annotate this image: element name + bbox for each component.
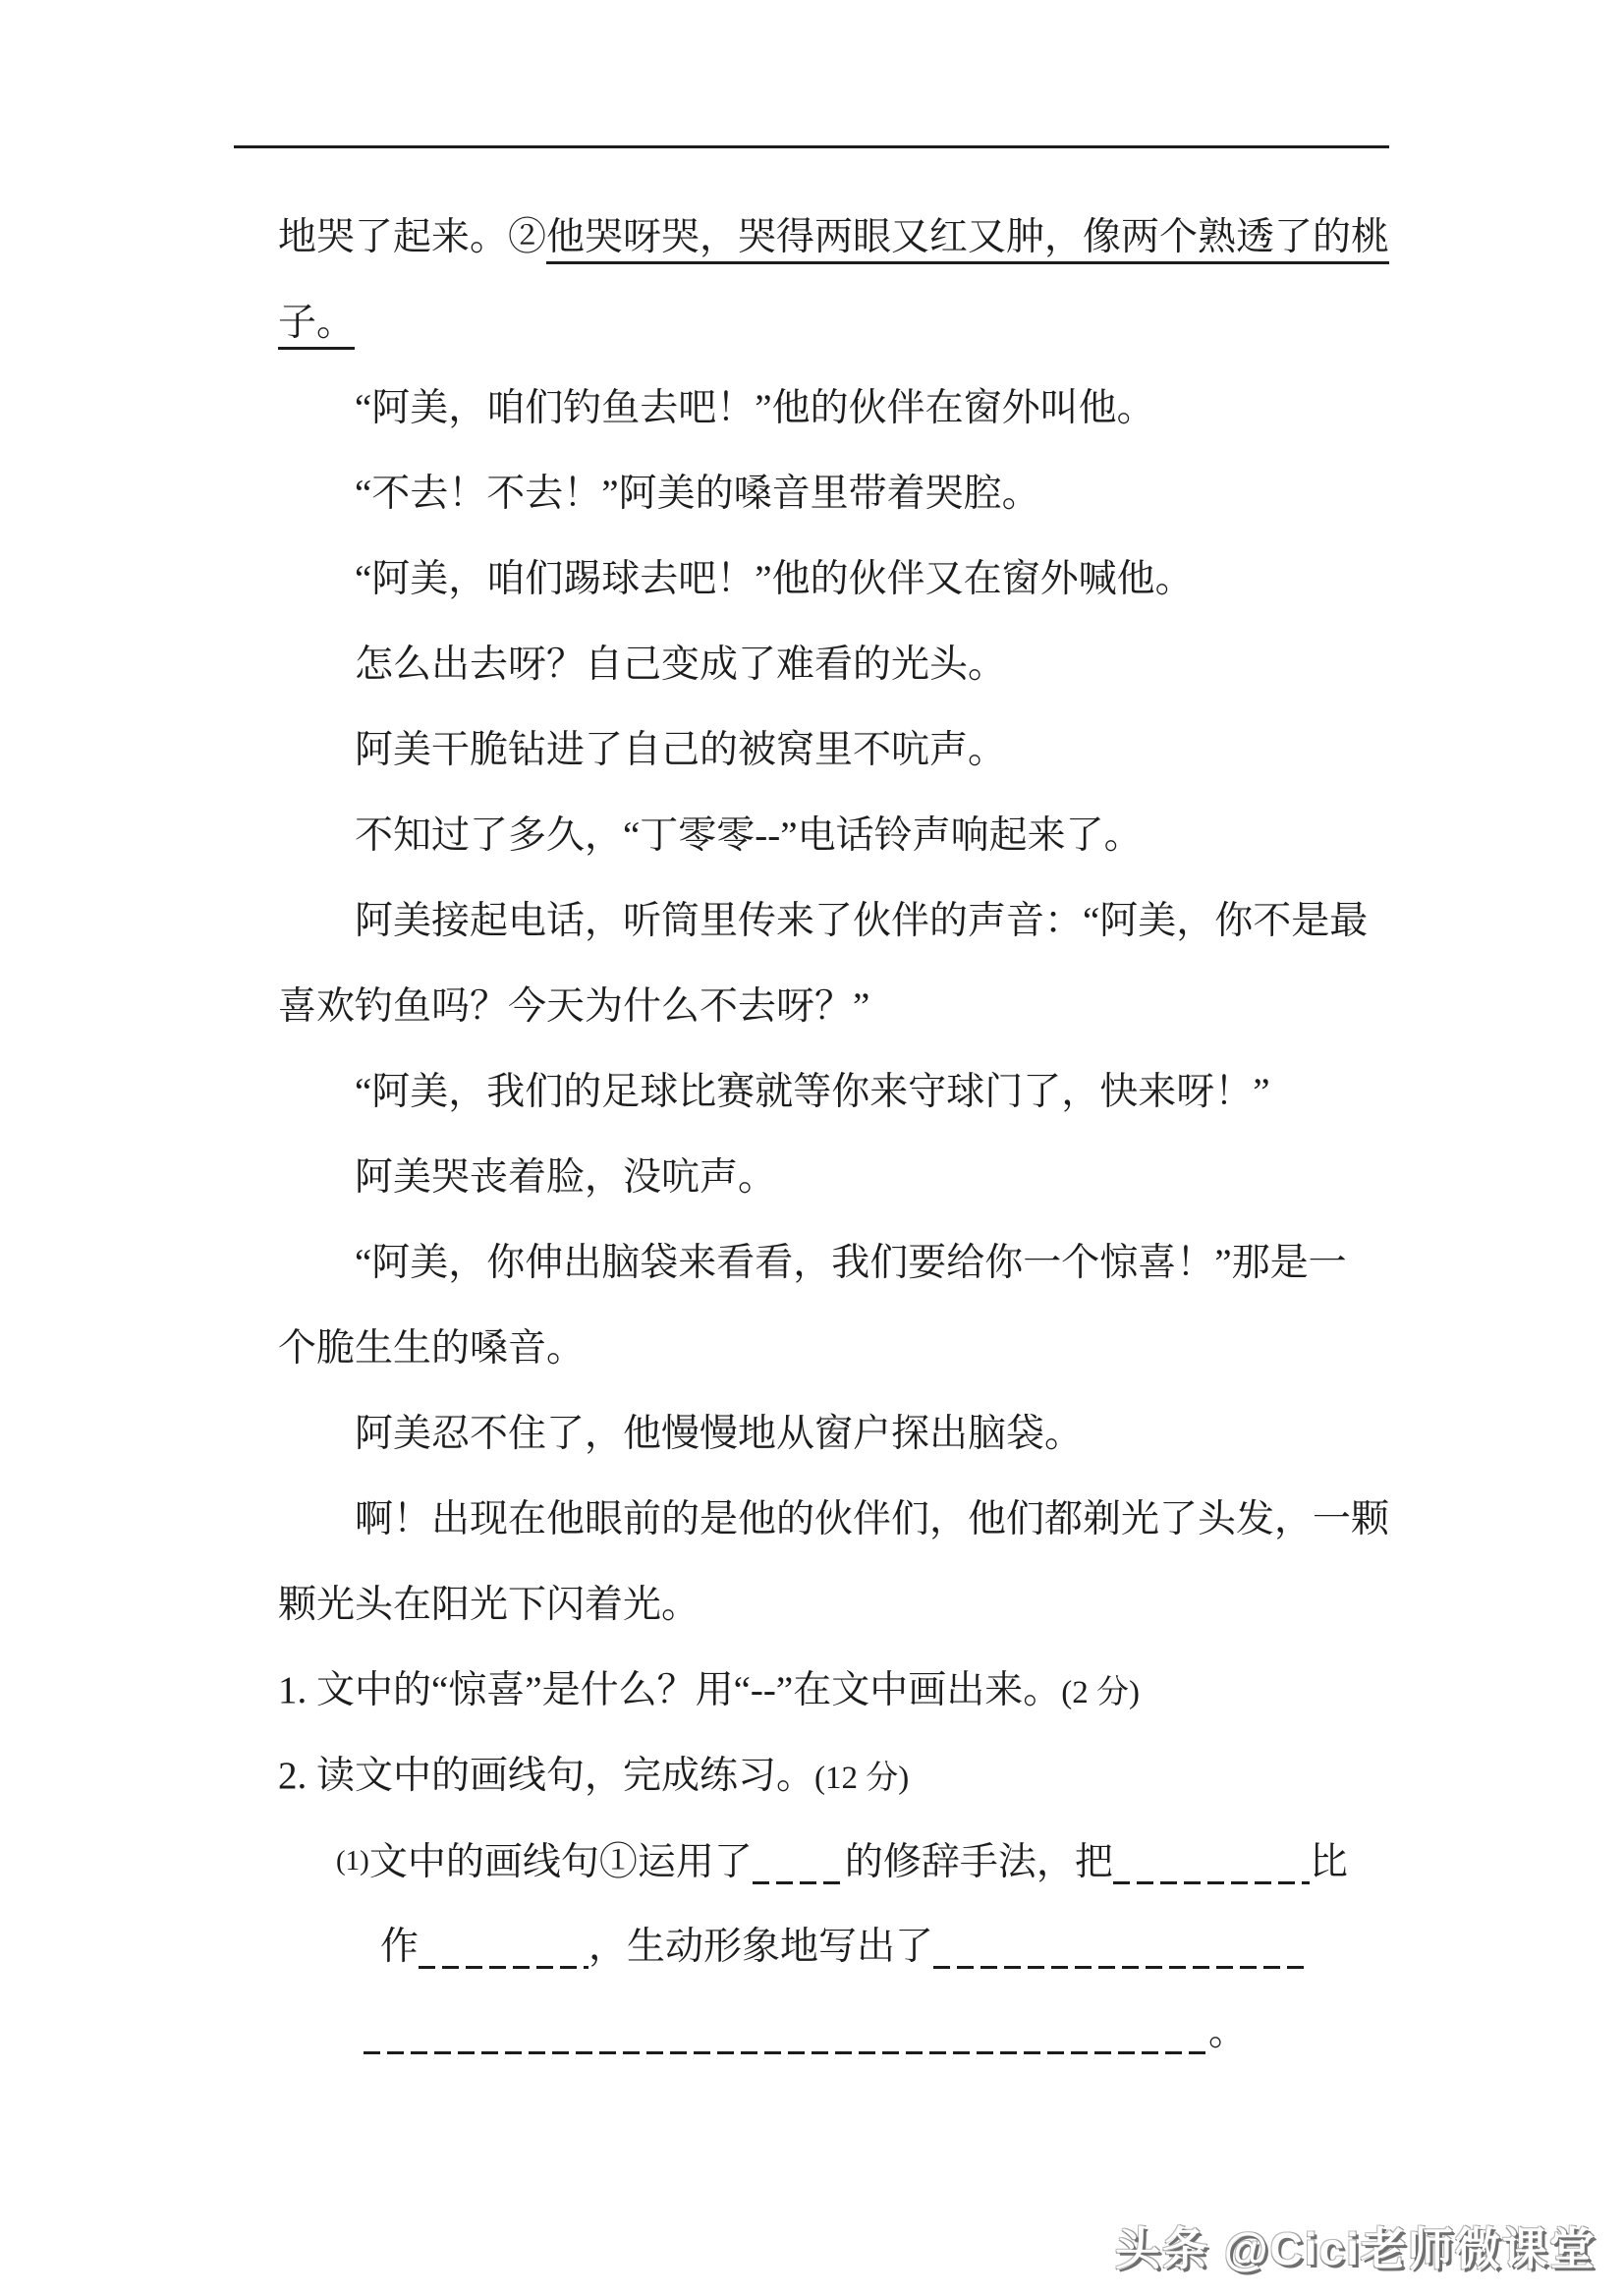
text-segment: “不去！不去！”阿美的嗓音里带着哭腔。 [355, 473, 1040, 515]
text-segment: 怎么出去呀？自己变成了难看的光头。 [355, 644, 1006, 686]
text-segment: “阿美，咱们钓鱼去吧！”他的伙伴在窗外叫他。 [355, 387, 1155, 429]
passage-line: “阿美，我们的足球比赛就等你来守球门了，快来呀！” [278, 1049, 1437, 1135]
header-rule [234, 145, 1389, 148]
blank-field [753, 1871, 845, 1884]
score-label: (12 分) [814, 1761, 909, 1796]
text-segment: 阿美忍不住了，他慢慢地从窗户探出脑袋。 [355, 1413, 1083, 1455]
text-segment: 喜欢钓鱼吗？今天为什么不去呀？” [278, 985, 869, 1028]
text-segment: 阿美接起电话，听筒里传来了伙伴的声音：“阿美，你不是最 [355, 900, 1368, 942]
underlined-segment: 他哭呀哭，哭得两眼又红又肿，像两个熟透了的桃 [546, 216, 1389, 264]
reading-passage: 地哭了起来。②他哭呀哭，哭得两眼又红又肿，像两个熟透了的桃子。“阿美，咱们钓鱼去… [278, 195, 1437, 1648]
text-segment: 作 [380, 1926, 419, 1968]
passage-line: 颗光头在阳光下闪着光。 [278, 1562, 1437, 1648]
underlined-segment: 子。 [278, 302, 355, 350]
blank-field [1113, 1871, 1310, 1884]
score-label: (2 分) [1061, 1675, 1140, 1710]
passage-line: 子。 [278, 280, 1437, 365]
text-segment: 文中的画线句①运用了 [369, 1841, 753, 1883]
passage-line: 阿美干脆钻进了自己的被窝里不吭声。 [278, 707, 1437, 793]
text-segment: ，生动形象地写出了 [588, 1926, 933, 1968]
page-content: 地哭了起来。②他哭呀哭，哭得两眼又红又肿，像两个熟透了的桃子。“阿美，咱们钓鱼去… [278, 195, 1437, 2075]
watermark-text: 头条 @Cici老师微课堂 [1115, 2223, 1596, 2274]
text-segment: 颗光头在阳光下闪着光。 [278, 1584, 700, 1626]
blank-field [419, 1955, 588, 1969]
worksheet-page: 地哭了起来。②他哭呀哭，哭得两眼又红又肿，像两个熟透了的桃子。“阿美，咱们钓鱼去… [0, 0, 1624, 2296]
watermark: 头条 @Cici老师微课堂 [1115, 2213, 1596, 2278]
passage-line: 阿美哭丧着脸，没吭声。 [278, 1135, 1437, 1220]
question-line: 作，生动形象地写出了 [278, 1904, 1437, 1989]
question-line: 。 [278, 1989, 1437, 2075]
text-segment: 。 [1208, 2011, 1247, 2053]
text-segment: 1. 文中的“惊喜”是什么？用“--”在文中画出来。 [278, 1669, 1061, 1711]
text-segment: 地哭了起来。② [278, 216, 546, 258]
text-segment: “阿美，我们的足球比赛就等你来守球门了，快来呀！” [355, 1071, 1270, 1113]
text-segment: 比 [1310, 1841, 1348, 1883]
passage-line: 怎么出去呀？自己变成了难看的光头。 [278, 622, 1437, 707]
blank-field [364, 2041, 1208, 2054]
passage-line: “阿美，咱们钓鱼去吧！”他的伙伴在窗外叫他。 [278, 365, 1437, 451]
question-line: (1)文中的画线句①运用了的修辞手法，把比 [278, 1819, 1437, 1904]
text-segment: 个脆生生的嗓音。 [278, 1327, 585, 1370]
text-segment: 的修辞手法，把 [845, 1841, 1113, 1883]
text-segment: “阿美，咱们踢球去吧！”他的伙伴又在窗外喊他。 [355, 558, 1194, 600]
sub-question-number: (1) [336, 1845, 369, 1876]
passage-line: 不知过了多久，“丁零零--”电话铃声响起来了。 [278, 793, 1437, 878]
text-segment: 阿美哭丧着脸，没吭声。 [355, 1156, 776, 1199]
blank-field [933, 1955, 1311, 1969]
question-line: 1. 文中的“惊喜”是什么？用“--”在文中画出来。(2 分) [278, 1648, 1437, 1733]
passage-line: 个脆生生的嗓音。 [278, 1306, 1437, 1391]
text-segment: 阿美干脆钻进了自己的被窝里不吭声。 [355, 729, 1006, 771]
text-segment: 啊！出现在他眼前的是他的伙伴们，他们都剃光了头发，一颗 [355, 1498, 1389, 1540]
passage-line: 喜欢钓鱼吗？今天为什么不去呀？” [278, 964, 1437, 1049]
text-segment: 2. 读文中的画线句，完成练习。 [278, 1755, 814, 1797]
passage-line: “不去！不去！”阿美的嗓音里带着哭腔。 [278, 451, 1437, 536]
passage-line: 啊！出现在他眼前的是他的伙伴们，他们都剃光了头发，一颗 [278, 1477, 1437, 1562]
question-section: 1. 文中的“惊喜”是什么？用“--”在文中画出来。(2 分)2. 读文中的画线… [278, 1648, 1437, 2075]
text-segment: “阿美，你伸出脑袋来看看，我们要给你一个惊喜！”那是一 [355, 1242, 1347, 1284]
passage-line: “阿美，你伸出脑袋来看看，我们要给你一个惊喜！”那是一 [278, 1220, 1437, 1306]
passage-line: 阿美忍不住了，他慢慢地从窗户探出脑袋。 [278, 1391, 1437, 1477]
passage-line: 地哭了起来。②他哭呀哭，哭得两眼又红又肿，像两个熟透了的桃 [278, 195, 1437, 280]
passage-line: “阿美，咱们踢球去吧！”他的伙伴又在窗外喊他。 [278, 536, 1437, 622]
question-line: 2. 读文中的画线句，完成练习。(12 分) [278, 1733, 1437, 1819]
passage-line: 阿美接起电话，听筒里传来了伙伴的声音：“阿美，你不是最 [278, 878, 1437, 964]
text-segment: 不知过了多久，“丁零零--”电话铃声响起来了。 [355, 814, 1143, 857]
